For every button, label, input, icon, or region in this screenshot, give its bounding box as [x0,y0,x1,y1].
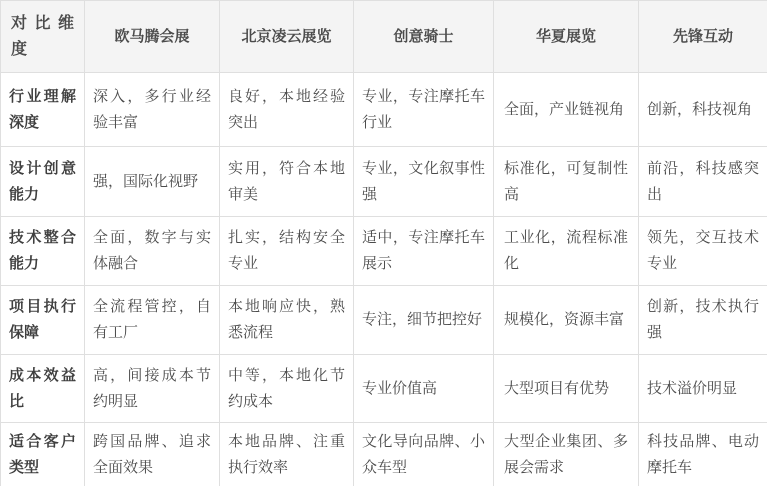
company-column-header: 创意骑士 [354,1,494,73]
value-cell: 深入，多行业经验丰富 [85,73,220,147]
value-cell: 大型企业集团、多展会需求 [494,423,639,486]
value-cell: 文化导向品牌、小众车型 [354,423,494,486]
company-column-header: 欧马腾会展 [85,1,220,73]
company-column-header: 华夏展览 [494,1,639,73]
value-cell: 扎实，结构安全专业 [220,217,354,286]
company-column-header: 北京凌云展览 [220,1,354,73]
dimension-column-header: 对比维度 [1,1,85,73]
dimension-cell: 技术整合能力 [1,217,85,286]
dimension-cell: 项目执行保障 [1,286,85,355]
dimension-cell: 成本效益比 [1,355,85,423]
value-cell: 良好，本地经验突出 [220,73,354,147]
dimension-cell: 设计创意能力 [1,147,85,217]
value-cell: 标准化，可复制性高 [494,147,639,217]
value-cell: 创新，技术执行强 [639,286,767,355]
table-row: 行业理解深度深入，多行业经验丰富良好，本地经验突出专业，专注摩托车行业全面，产业… [1,73,767,147]
table-row: 适合客户类型跨国品牌、追求全面效果本地品牌、注重执行效率文化导向品牌、小众车型大… [1,423,767,486]
value-cell: 专业，文化叙事性强 [354,147,494,217]
value-cell: 全面，数字与实体融合 [85,217,220,286]
value-cell: 领先，交互技术专业 [639,217,767,286]
value-cell: 专注，细节把控好 [354,286,494,355]
value-cell: 本地品牌、注重执行效率 [220,423,354,486]
value-cell: 技术溢价明显 [639,355,767,423]
value-cell: 专业价值高 [354,355,494,423]
value-cell: 高，间接成本节约明显 [85,355,220,423]
value-cell: 前沿，科技感突出 [639,147,767,217]
dimension-cell: 适合客户类型 [1,423,85,486]
company-column-header: 先锋互动 [639,1,767,73]
value-cell: 科技品牌、电动摩托车 [639,423,767,486]
value-cell: 工业化，流程标准化 [494,217,639,286]
value-cell: 适中，专注摩托车展示 [354,217,494,286]
value-cell: 实用，符合本地审美 [220,147,354,217]
table-body: 行业理解深度深入，多行业经验丰富良好，本地经验突出专业，专注摩托车行业全面，产业… [1,73,767,486]
table-row: 设计创意能力强，国际化视野实用，符合本地审美专业，文化叙事性强标准化，可复制性高… [1,147,767,217]
table-row: 项目执行保障全流程管控，自有工厂本地响应快，熟悉流程专注，细节把控好规模化，资源… [1,286,767,355]
header-row: 对比维度欧马腾会展北京凌云展览创意骑士华夏展览先锋互动 [1,1,767,73]
value-cell: 创新，科技视角 [639,73,767,147]
vendor-comparison-page: 对比维度欧马腾会展北京凌云展览创意骑士华夏展览先锋互动 行业理解深度深入，多行业… [0,0,767,486]
value-cell: 强，国际化视野 [85,147,220,217]
table-row: 成本效益比高，间接成本节约明显中等，本地化节约成本专业价值高大型项目有优势技术溢… [1,355,767,423]
vendor-comparison-table: 对比维度欧马腾会展北京凌云展览创意骑士华夏展览先锋互动 行业理解深度深入，多行业… [0,0,767,486]
value-cell: 大型项目有优势 [494,355,639,423]
value-cell: 全面，产业链视角 [494,73,639,147]
value-cell: 跨国品牌、追求全面效果 [85,423,220,486]
value-cell: 规模化，资源丰富 [494,286,639,355]
value-cell: 专业，专注摩托车行业 [354,73,494,147]
table-row: 技术整合能力全面，数字与实体融合扎实，结构安全专业适中，专注摩托车展示工业化，流… [1,217,767,286]
value-cell: 中等，本地化节约成本 [220,355,354,423]
dimension-cell: 行业理解深度 [1,73,85,147]
value-cell: 本地响应快，熟悉流程 [220,286,354,355]
value-cell: 全流程管控，自有工厂 [85,286,220,355]
